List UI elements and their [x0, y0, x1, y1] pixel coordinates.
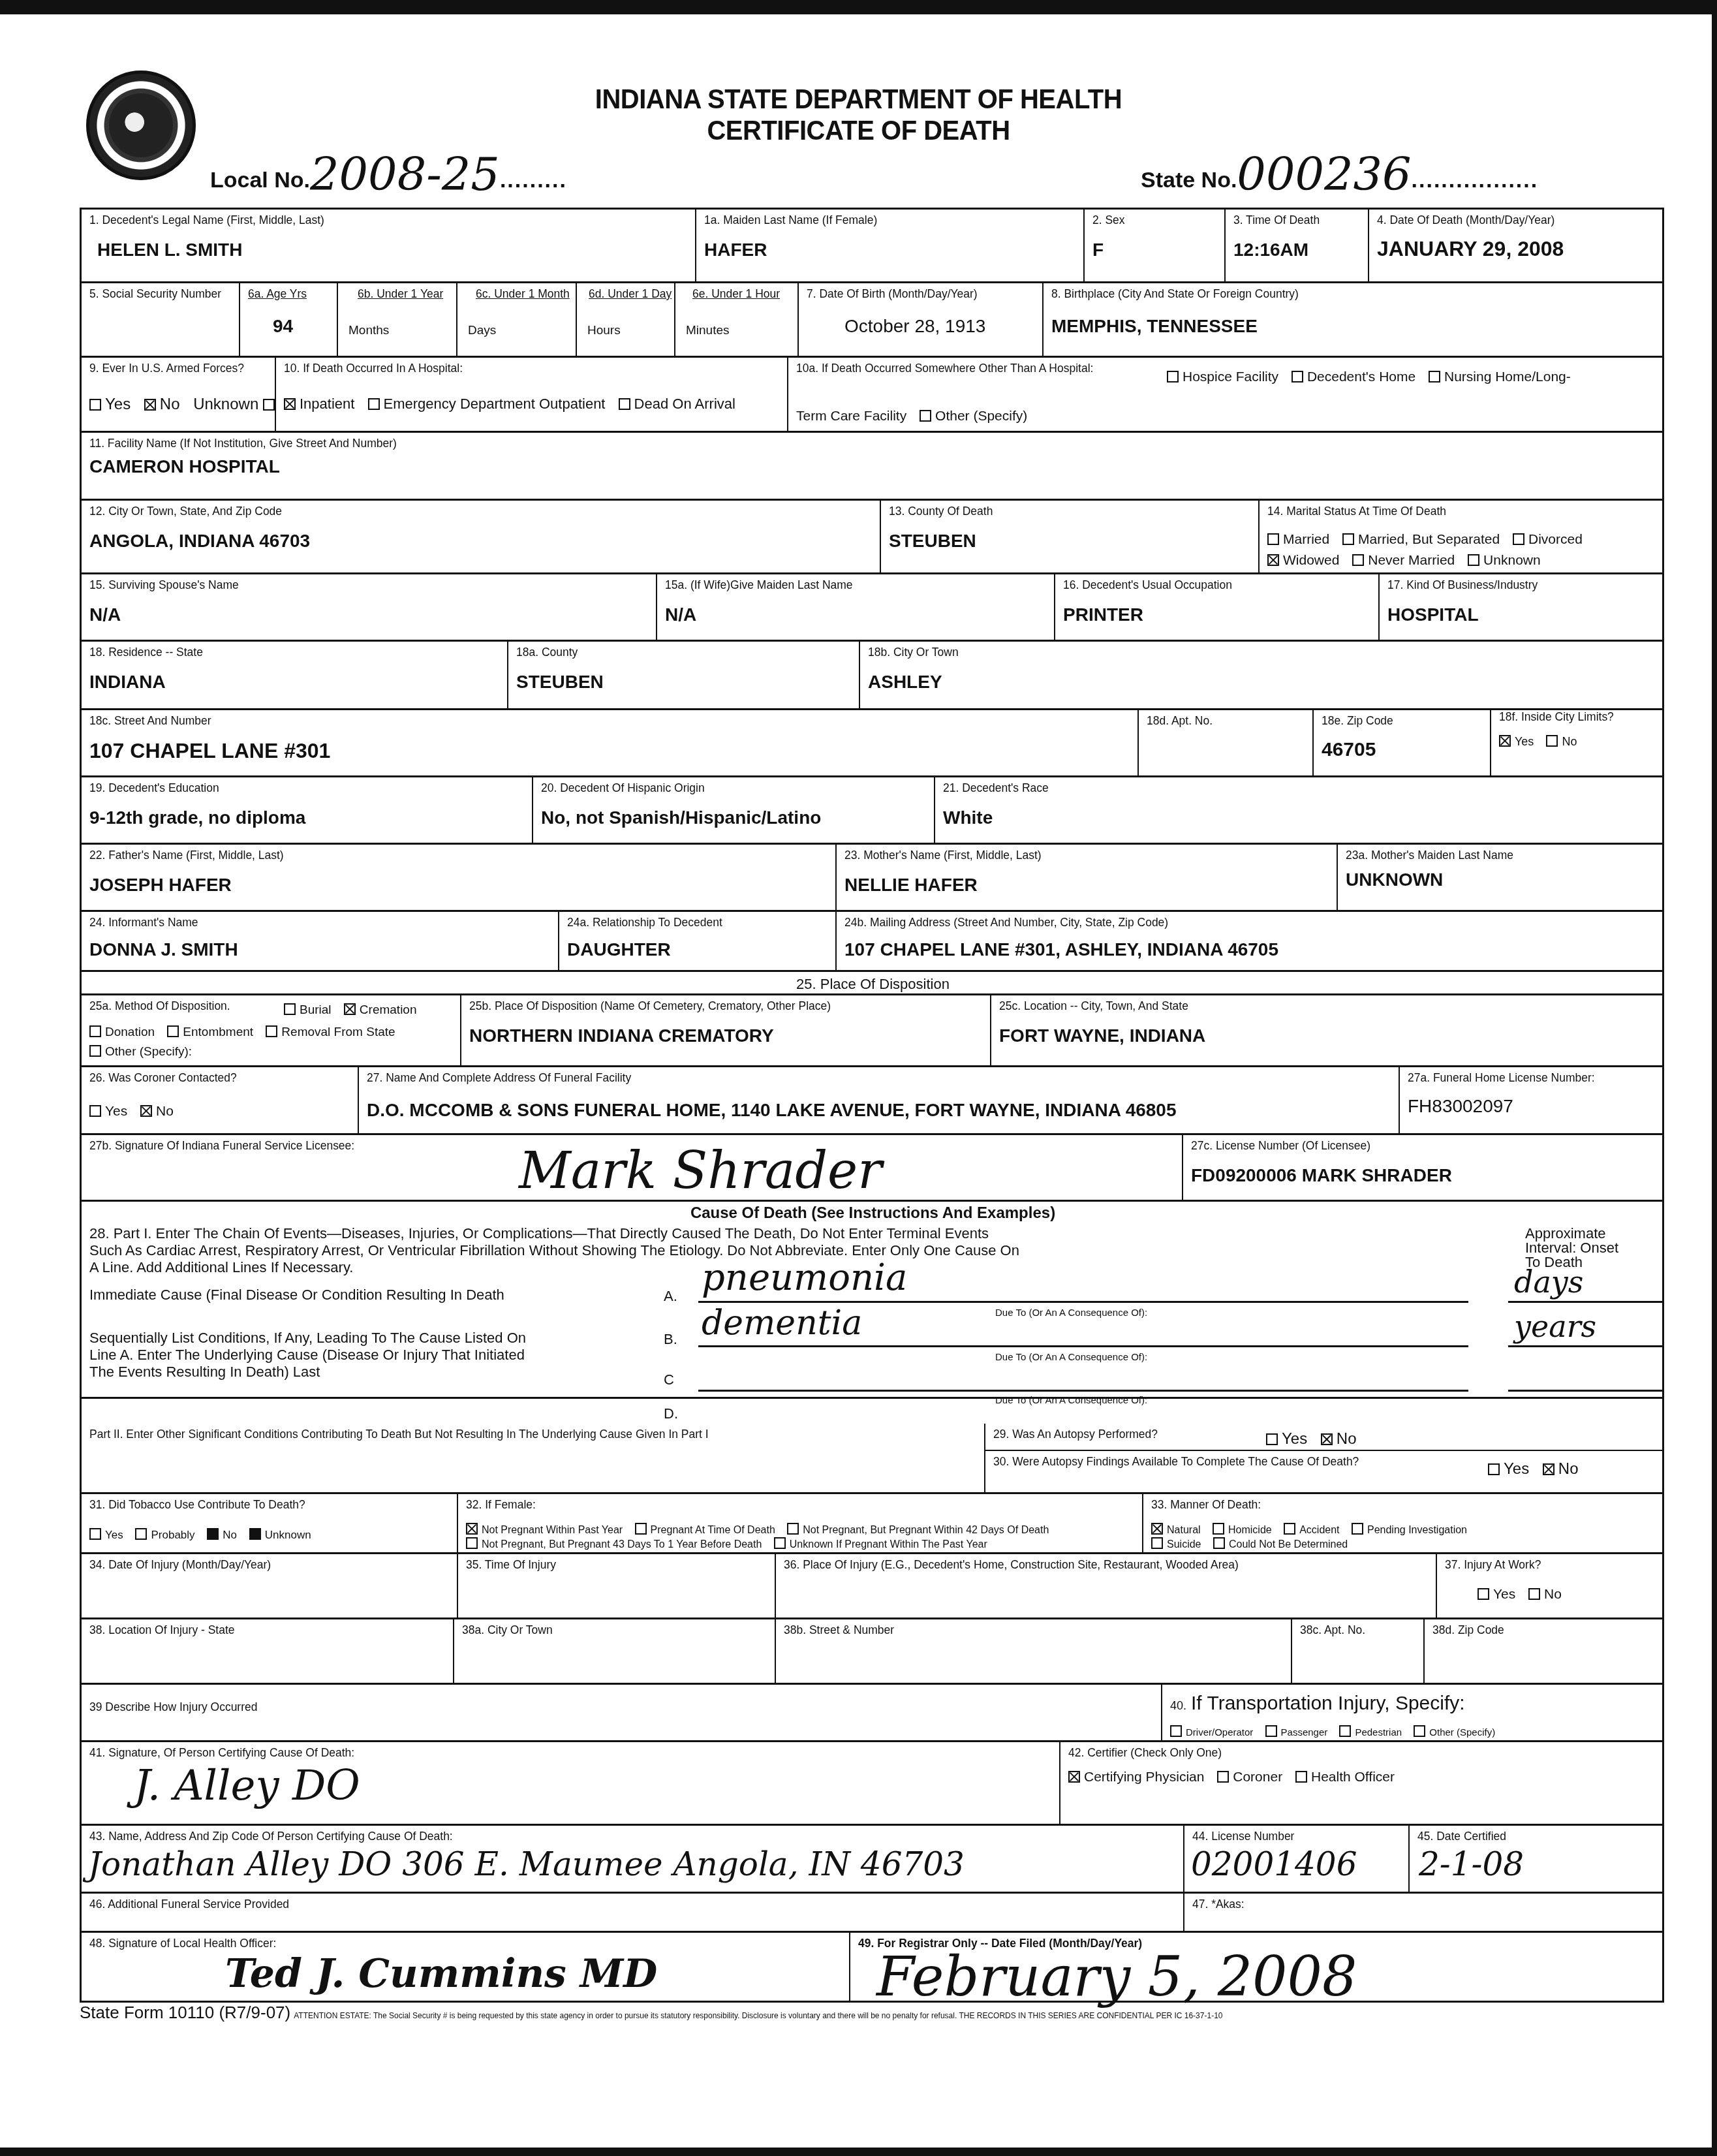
death-certificate-page: INDIANA STATE DEPARTMENT OF HEALTH CERTI…	[0, 0, 1717, 2156]
marital-never-married[interactable]: Never Married	[1352, 553, 1455, 569]
field-2-sex[interactable]: 2. Sex F	[1085, 210, 1226, 283]
manner-homicide[interactable]: Homicide	[1213, 1523, 1272, 1537]
checkbox-empty-icon	[1266, 1433, 1278, 1445]
form-footer: State Form 10110 (R7/9-07) ATTENTION EST…	[80, 2003, 1222, 2023]
place-decedents-home[interactable]: Decedent's Home	[1292, 369, 1415, 385]
checkbox-empty-icon	[1352, 1523, 1363, 1535]
disposition-other[interactable]: Other (Specify):	[89, 1045, 192, 1059]
checkbox-empty-icon	[1213, 1537, 1225, 1549]
autopsy-no[interactable]: No	[1321, 1430, 1357, 1448]
document-title: CERTIFICATE OF DEATH	[0, 115, 1717, 147]
checkbox-checked-icon	[144, 399, 156, 411]
field-15a-spouse-maiden-name[interactable]: 15a. (If Wife)Give Maiden Last Name N/A	[657, 574, 1055, 642]
legal-name-value: HELEN L. SMITH	[97, 240, 242, 260]
disposition-cremation[interactable]: Cremation	[344, 1003, 417, 1018]
field-49-date-filed[interactable]: 49. For Registrar Only -- Date Filed (Mo…	[850, 1933, 1664, 2003]
checkbox-empty-icon	[466, 1537, 478, 1549]
field-34-date-of-injury[interactable]: 34. Date Of Injury (Month/Day/Year)	[82, 1554, 458, 1619]
field-39-how-injury-occurred[interactable]: 39 Describe How Injury Occurred	[82, 1685, 1162, 1742]
checkbox-checked-icon	[1068, 1771, 1080, 1783]
field-5-ssn[interactable]: 5. Social Security Number	[82, 283, 240, 358]
field-24-informant-name[interactable]: 24. Informant's Name DONNA J. SMITH	[82, 912, 559, 972]
pregnancy-not-within-year[interactable]: Not Pregnant Within Past Year	[466, 1523, 623, 1537]
field-27-funeral-facility[interactable]: 27. Name And Complete Address Of Funeral…	[359, 1067, 1400, 1135]
checkbox-empty-icon	[920, 410, 931, 422]
checkbox-empty-icon	[167, 1025, 179, 1037]
checkbox-scribbled-icon	[249, 1528, 261, 1540]
cause-line-a[interactable]: pneumonia	[702, 1257, 907, 1299]
checkbox-empty-icon	[1352, 554, 1364, 566]
cause-line-b[interactable]: dementia	[702, 1304, 862, 1343]
checkbox-checked-icon	[1151, 1523, 1163, 1535]
field-24a-relationship[interactable]: 24a. Relationship To Decedent DAUGHTER	[559, 912, 837, 972]
field-19-education[interactable]: 19. Decedent's Education 9-12th grade, n…	[82, 777, 533, 845]
field-27c-licensee-number[interactable]: 27c. License Number (Of Licensee) FD0920…	[1183, 1135, 1664, 1202]
field-23a-mother-maiden-name[interactable]: 23a. Mother's Maiden Last Name UNKNOWN	[1338, 845, 1664, 912]
injury-work-yes[interactable]: Yes	[1477, 1587, 1515, 1602]
marital-married[interactable]: Married	[1267, 532, 1329, 548]
pregnancy-at-death[interactable]: Pregnant At Time Of Death	[635, 1523, 775, 1537]
checkbox-empty-icon	[89, 399, 101, 411]
field-13-county-of-death[interactable]: 13. County Of Death STEUBEN	[881, 501, 1260, 574]
scan-border-bottom	[0, 2148, 1717, 2156]
checkbox-empty-icon	[619, 398, 630, 410]
field-31-tobacco: 31. Did Tobacco Use Contribute To Death?…	[82, 1494, 458, 1554]
interval-line-b[interactable]: years	[1514, 1309, 1596, 1344]
field-28-cause-of-death: Cause Of Death (See Instructions And Exa…	[82, 1202, 1664, 1399]
transport-pedestrian[interactable]: Pedestrian	[1339, 1725, 1402, 1738]
checkbox-empty-icon	[1513, 533, 1524, 545]
checkbox-scribbled-icon	[207, 1528, 219, 1540]
manner-suicide[interactable]: Suicide	[1151, 1537, 1201, 1551]
pregnancy-43-days-to-1-year[interactable]: Not Pregnant, But Pregnant 43 Days To 1 …	[466, 1537, 762, 1551]
disposition-donation[interactable]: Donation	[89, 1025, 155, 1040]
checkbox-empty-icon	[1265, 1725, 1277, 1737]
field-27a-funeral-home-license[interactable]: 27a. Funeral Home License Number: FH8300…	[1400, 1067, 1664, 1135]
checkbox-empty-icon	[1488, 1463, 1500, 1475]
checkbox-empty-icon	[1339, 1725, 1351, 1737]
checkbox-empty-icon	[1167, 371, 1179, 383]
field-42-certifier-type: 42. Certifier (Check Only One) Certifyin…	[1060, 1742, 1664, 1826]
confidentiality-notice: ATTENTION ESTATE: The Social Security # …	[294, 2011, 1222, 2020]
checkbox-empty-icon	[1429, 371, 1440, 383]
checkbox-empty-icon	[1295, 1771, 1307, 1783]
disposition-removal[interactable]: Removal From State	[266, 1025, 395, 1040]
field-24b-mailing-address[interactable]: 24b. Mailing Address (Street And Number,…	[837, 912, 1664, 972]
field-41-certifier-signature[interactable]: 41. Signature, Of Person Certifying Caus…	[82, 1742, 1060, 1826]
interval-line-c[interactable]	[1508, 1390, 1664, 1392]
checkbox-empty-icon	[263, 399, 275, 411]
checkbox-empty-icon	[89, 1528, 101, 1540]
certificate-form: 1. Decedent's Legal Name (First, Middle,…	[80, 208, 1664, 2003]
field-16-occupation[interactable]: 16. Decedent's Usual Occupation PRINTER	[1055, 574, 1380, 642]
checkbox-empty-icon	[89, 1045, 101, 1057]
field-38b-injury-street[interactable]: 38b. Street & Number	[776, 1619, 1292, 1685]
field-9-armed-forces: 9. Ever In U.S. Armed Forces? Yes No Unk…	[82, 358, 276, 433]
field-20-hispanic-origin[interactable]: 20. Decedent Of Hispanic Origin No, not …	[533, 777, 935, 845]
place-hospice[interactable]: Hospice Facility	[1167, 369, 1278, 385]
field-1a-maiden-name[interactable]: 1a. Maiden Last Name (If Female) HAFER	[696, 210, 1085, 283]
checkbox-empty-icon	[1546, 735, 1558, 747]
health-officer-signature: Ted J. Cummins MD	[225, 1951, 657, 1997]
manner-pending[interactable]: Pending Investigation	[1352, 1523, 1467, 1537]
field-18b-city[interactable]: 18b. City Or Town ASHLEY	[860, 642, 1664, 710]
certifier-signature: J. Alley DO	[134, 1762, 360, 1810]
hospital-inpatient[interactable]: Inpatient	[284, 396, 354, 413]
transport-driver[interactable]: Driver/Operator	[1170, 1725, 1253, 1738]
field-38d-injury-zip[interactable]: 38d. Zip Code	[1425, 1619, 1664, 1685]
marital-unknown[interactable]: Unknown	[1468, 553, 1541, 569]
field-44-license-number[interactable]: 44. License Number 02001406	[1184, 1826, 1410, 1894]
checkbox-empty-icon	[368, 398, 380, 410]
interval-line-a[interactable]: days	[1514, 1264, 1583, 1300]
local-number-value: 2008-25	[310, 148, 500, 201]
city-limits-no[interactable]: No	[1546, 735, 1577, 749]
hospital-dead-on-arrival[interactable]: Dead On Arrival	[619, 396, 735, 413]
place-nursing-home[interactable]: Nursing Home/Long-	[1429, 369, 1571, 385]
transport-passenger[interactable]: Passenger	[1265, 1725, 1328, 1738]
field-25b-place-of-disposition[interactable]: 25b. Place Of Disposition (Name Of Cemet…	[461, 995, 991, 1067]
checkbox-checked-icon	[1267, 554, 1279, 566]
checkbox-empty-icon	[1170, 1725, 1182, 1737]
licensee-signature: Mark Shrader	[519, 1142, 882, 1200]
checkbox-checked-icon	[140, 1105, 152, 1117]
certifier-name-address: Jonathan Alley DO 306 E. Maumee Angola, …	[88, 1845, 965, 1883]
armed-forces-unknown[interactable]: Unknown	[193, 396, 279, 414]
field-45-date-certified[interactable]: 45. Date Certified 2-1-08	[1410, 1826, 1664, 1894]
pregnancy-within-42-days[interactable]: Not Pregnant, But Pregnant Within 42 Day…	[787, 1523, 1049, 1537]
field-17-business[interactable]: 17. Kind Of Business/Industry HOSPITAL	[1380, 574, 1664, 642]
tobacco-unknown[interactable]: Unknown	[249, 1528, 311, 1542]
field-7-date-of-birth[interactable]: 7. Date Of Birth (Month/Day/Year) Octobe…	[799, 283, 1044, 358]
field-6a-age[interactable]: 6a. Age Yrs 94	[240, 283, 338, 358]
tobacco-probably[interactable]: Probably	[135, 1528, 194, 1542]
field-15-spouse-name[interactable]: 15. Surviving Spouse's Name N/A	[82, 574, 657, 642]
field-12-city-state-zip[interactable]: 12. City Or Town, State, And Zip Code AN…	[82, 501, 881, 574]
injury-work-no[interactable]: No	[1528, 1587, 1562, 1602]
checkbox-empty-icon	[1213, 1523, 1224, 1535]
tobacco-yes[interactable]: Yes	[89, 1528, 123, 1542]
pregnancy-unknown[interactable]: Unknown If Pregnant Within The Past Year	[774, 1537, 987, 1551]
field-48-health-officer-signature[interactable]: 48. Signature of Local Health Officer: T…	[82, 1933, 850, 2003]
field-38a-injury-city[interactable]: 38a. City Or Town	[454, 1619, 776, 1685]
checkbox-empty-icon	[1267, 533, 1279, 545]
disposition-header: 25. Place Of Disposition	[82, 972, 1664, 995]
field-37-injury-at-work: 37. Injury At Work? Yes No	[1437, 1554, 1664, 1619]
field-6e-minutes[interactable]: 6e. Under 1 Hour Minutes	[675, 283, 799, 358]
marital-widowed[interactable]: Widowed	[1267, 553, 1339, 569]
checkbox-empty-icon	[89, 1025, 101, 1037]
field-8-birthplace[interactable]: 8. Birthplace (City And State Or Foreign…	[1044, 283, 1664, 358]
field-18d-apt[interactable]: 18d. Apt. No.	[1139, 710, 1314, 777]
checkbox-empty-icon	[1342, 533, 1354, 545]
certifier-coroner[interactable]: Coroner	[1217, 1770, 1282, 1785]
checkbox-empty-icon	[1284, 1523, 1295, 1535]
manner-natural[interactable]: Natural	[1151, 1523, 1201, 1537]
coroner-no[interactable]: No	[140, 1104, 174, 1119]
checkbox-checked-icon	[344, 1003, 356, 1015]
disposition-burial[interactable]: Burial	[284, 1003, 332, 1018]
checkbox-checked-icon	[1499, 735, 1511, 747]
checkbox-empty-icon	[787, 1523, 799, 1535]
field-26-coroner-contacted: 26. Was Coroner Contacted? Yes No	[82, 1067, 359, 1135]
field-43-certifier-name-address[interactable]: 43. Name, Address And Zip Code Of Person…	[82, 1826, 1184, 1894]
checkbox-empty-icon	[266, 1025, 277, 1037]
checkbox-empty-icon	[1468, 554, 1479, 566]
field-4-date-of-death[interactable]: 4. Date Of Death (Month/Day/Year) JANUAR…	[1369, 210, 1664, 283]
autopsy-yes[interactable]: Yes	[1266, 1430, 1307, 1448]
checkbox-empty-icon	[89, 1105, 101, 1117]
checkbox-checked-icon	[466, 1523, 478, 1535]
checkbox-empty-icon	[635, 1523, 647, 1535]
checkbox-empty-icon	[284, 1003, 296, 1015]
field-18f-inside-city-limits: 18f. Inside City Limits? Yes No	[1491, 710, 1664, 777]
part-2-other-conditions[interactable]: Part II. Enter Other Significant Conditi…	[82, 1424, 985, 1494]
scan-border-right	[1712, 0, 1717, 2156]
checkbox-checked-icon	[284, 398, 296, 410]
checkbox-empty-icon	[1217, 1771, 1229, 1783]
manner-accident[interactable]: Accident	[1284, 1523, 1339, 1537]
field-38-injury-state[interactable]: 38. Location Of Injury - State	[82, 1619, 454, 1685]
field-38c-injury-apt[interactable]: 38c. Apt. No.	[1292, 1619, 1425, 1685]
field-32-pregnancy: 32. If Female: Not Pregnant Within Past …	[458, 1494, 1143, 1554]
field-30-autopsy-findings: 30. Were Autopsy Findings Available To C…	[985, 1451, 1664, 1494]
state-number: State No.000236.................	[1141, 145, 1538, 198]
coroner-yes[interactable]: Yes	[89, 1104, 127, 1119]
field-10a-other-place: 10a. If Death Occurred Somewhere Other T…	[788, 358, 1664, 433]
field-46-additional-funeral-service[interactable]: 46. Additional Funeral Service Provided	[82, 1894, 1184, 1933]
checkbox-empty-icon	[1528, 1588, 1540, 1600]
tobacco-no[interactable]: No	[207, 1528, 237, 1542]
autopsy-findings-no[interactable]: No	[1543, 1460, 1579, 1478]
field-40-transportation-injury: 40. If Transportation Injury, Specify: D…	[1162, 1685, 1664, 1742]
manner-undetermined[interactable]: Could Not Be Determined	[1213, 1537, 1348, 1551]
field-27b-licensee-signature[interactable]: 27b. Signature Of Indiana Funeral Servic…	[82, 1135, 1183, 1202]
checkbox-empty-icon	[135, 1528, 147, 1540]
field-6d-hours[interactable]: 6d. Under 1 Day Hours	[577, 283, 675, 358]
local-number: Local No.2008-25.........	[210, 145, 567, 198]
field-36-place-of-injury[interactable]: 36. Place Of Injury (E.G., Decedent's Ho…	[776, 1554, 1437, 1619]
certifier-health-officer[interactable]: Health Officer	[1295, 1770, 1395, 1785]
field-6c-days[interactable]: 6c. Under 1 Month Days	[457, 283, 577, 358]
cause-line-c[interactable]	[698, 1390, 1468, 1392]
form-id: State Form 10110 (R7/9-07)	[80, 2003, 290, 2022]
field-21-race[interactable]: 21. Decedent's Race White	[935, 777, 1664, 845]
scan-border-top	[0, 0, 1717, 14]
checkbox-empty-icon	[1477, 1588, 1489, 1600]
field-33-manner-of-death: 33. Manner Of Death: Natural Homicide Ac…	[1143, 1494, 1664, 1554]
place-other[interactable]: Other (Specify)	[920, 409, 1027, 424]
field-22-father-name[interactable]: 22. Father's Name (First, Middle, Last) …	[82, 845, 837, 912]
field-18e-zip[interactable]: 18e. Zip Code 46705	[1314, 710, 1491, 777]
checkbox-checked-icon	[1543, 1463, 1555, 1475]
field-18a-county[interactable]: 18a. County STEUBEN	[508, 642, 860, 710]
field-47-akas[interactable]: 47. *Akas:	[1184, 1894, 1664, 1933]
transport-other[interactable]: Other (Specify)	[1414, 1725, 1495, 1738]
disposition-entombment[interactable]: Entombment	[167, 1025, 253, 1040]
agency-title: INDIANA STATE DEPARTMENT OF HEALTH	[0, 84, 1717, 116]
field-29-autopsy: 29. Was An Autopsy Performed? Yes No	[985, 1424, 1664, 1451]
state-number-value: 000236	[1237, 148, 1411, 201]
field-25c-disposition-location[interactable]: 25c. Location -- City, Town, And State F…	[991, 995, 1664, 1067]
date-filed-value: February 5, 2008	[876, 1945, 1357, 2008]
field-10-hospital: 10. If Death Occurred In A Hospital: Inp…	[276, 358, 788, 433]
field-18c-street[interactable]: 18c. Street And Number 107 CHAPEL LANE #…	[82, 710, 1139, 777]
hospital-emergency-outpatient[interactable]: Emergency Department Outpatient	[368, 396, 606, 413]
marital-separated[interactable]: Married, But Separated	[1342, 532, 1500, 548]
field-11-facility-name[interactable]: 11. Facility Name (If Not Institution, G…	[82, 433, 1664, 501]
armed-forces-yes[interactable]: Yes	[89, 396, 131, 414]
checkbox-empty-icon	[1292, 371, 1303, 383]
city-limits-yes[interactable]: Yes	[1499, 735, 1534, 749]
checkbox-empty-icon	[774, 1537, 786, 1549]
field-23-mother-name[interactable]: 23. Mother's Name (First, Middle, Last) …	[837, 845, 1338, 912]
field-3-time-of-death[interactable]: 3. Time Of Death 12:16AM	[1226, 210, 1369, 283]
field-25a-method-of-disposition: 25a. Method Of Disposition. Burial Crema…	[82, 995, 461, 1067]
certifier-physician[interactable]: Certifying Physician	[1068, 1770, 1204, 1785]
field-18-residence-state[interactable]: 18. Residence -- State INDIANA	[82, 642, 508, 710]
autopsy-findings-yes[interactable]: Yes	[1488, 1460, 1529, 1478]
field-6b-months[interactable]: 6b. Under 1 Year Months	[338, 283, 457, 358]
marital-divorced[interactable]: Divorced	[1513, 532, 1583, 548]
checkbox-empty-icon	[1414, 1725, 1425, 1737]
armed-forces-no[interactable]: No	[144, 396, 180, 414]
field-14-marital-status: 14. Marital Status At Time Of Death Marr…	[1260, 501, 1664, 574]
checkbox-empty-icon	[1151, 1537, 1163, 1549]
checkbox-checked-icon	[1321, 1433, 1333, 1445]
field-35-time-of-injury[interactable]: 35. Time Of Injury	[458, 1554, 776, 1619]
field-1-legal-name[interactable]: 1. Decedent's Legal Name (First, Middle,…	[82, 210, 696, 283]
